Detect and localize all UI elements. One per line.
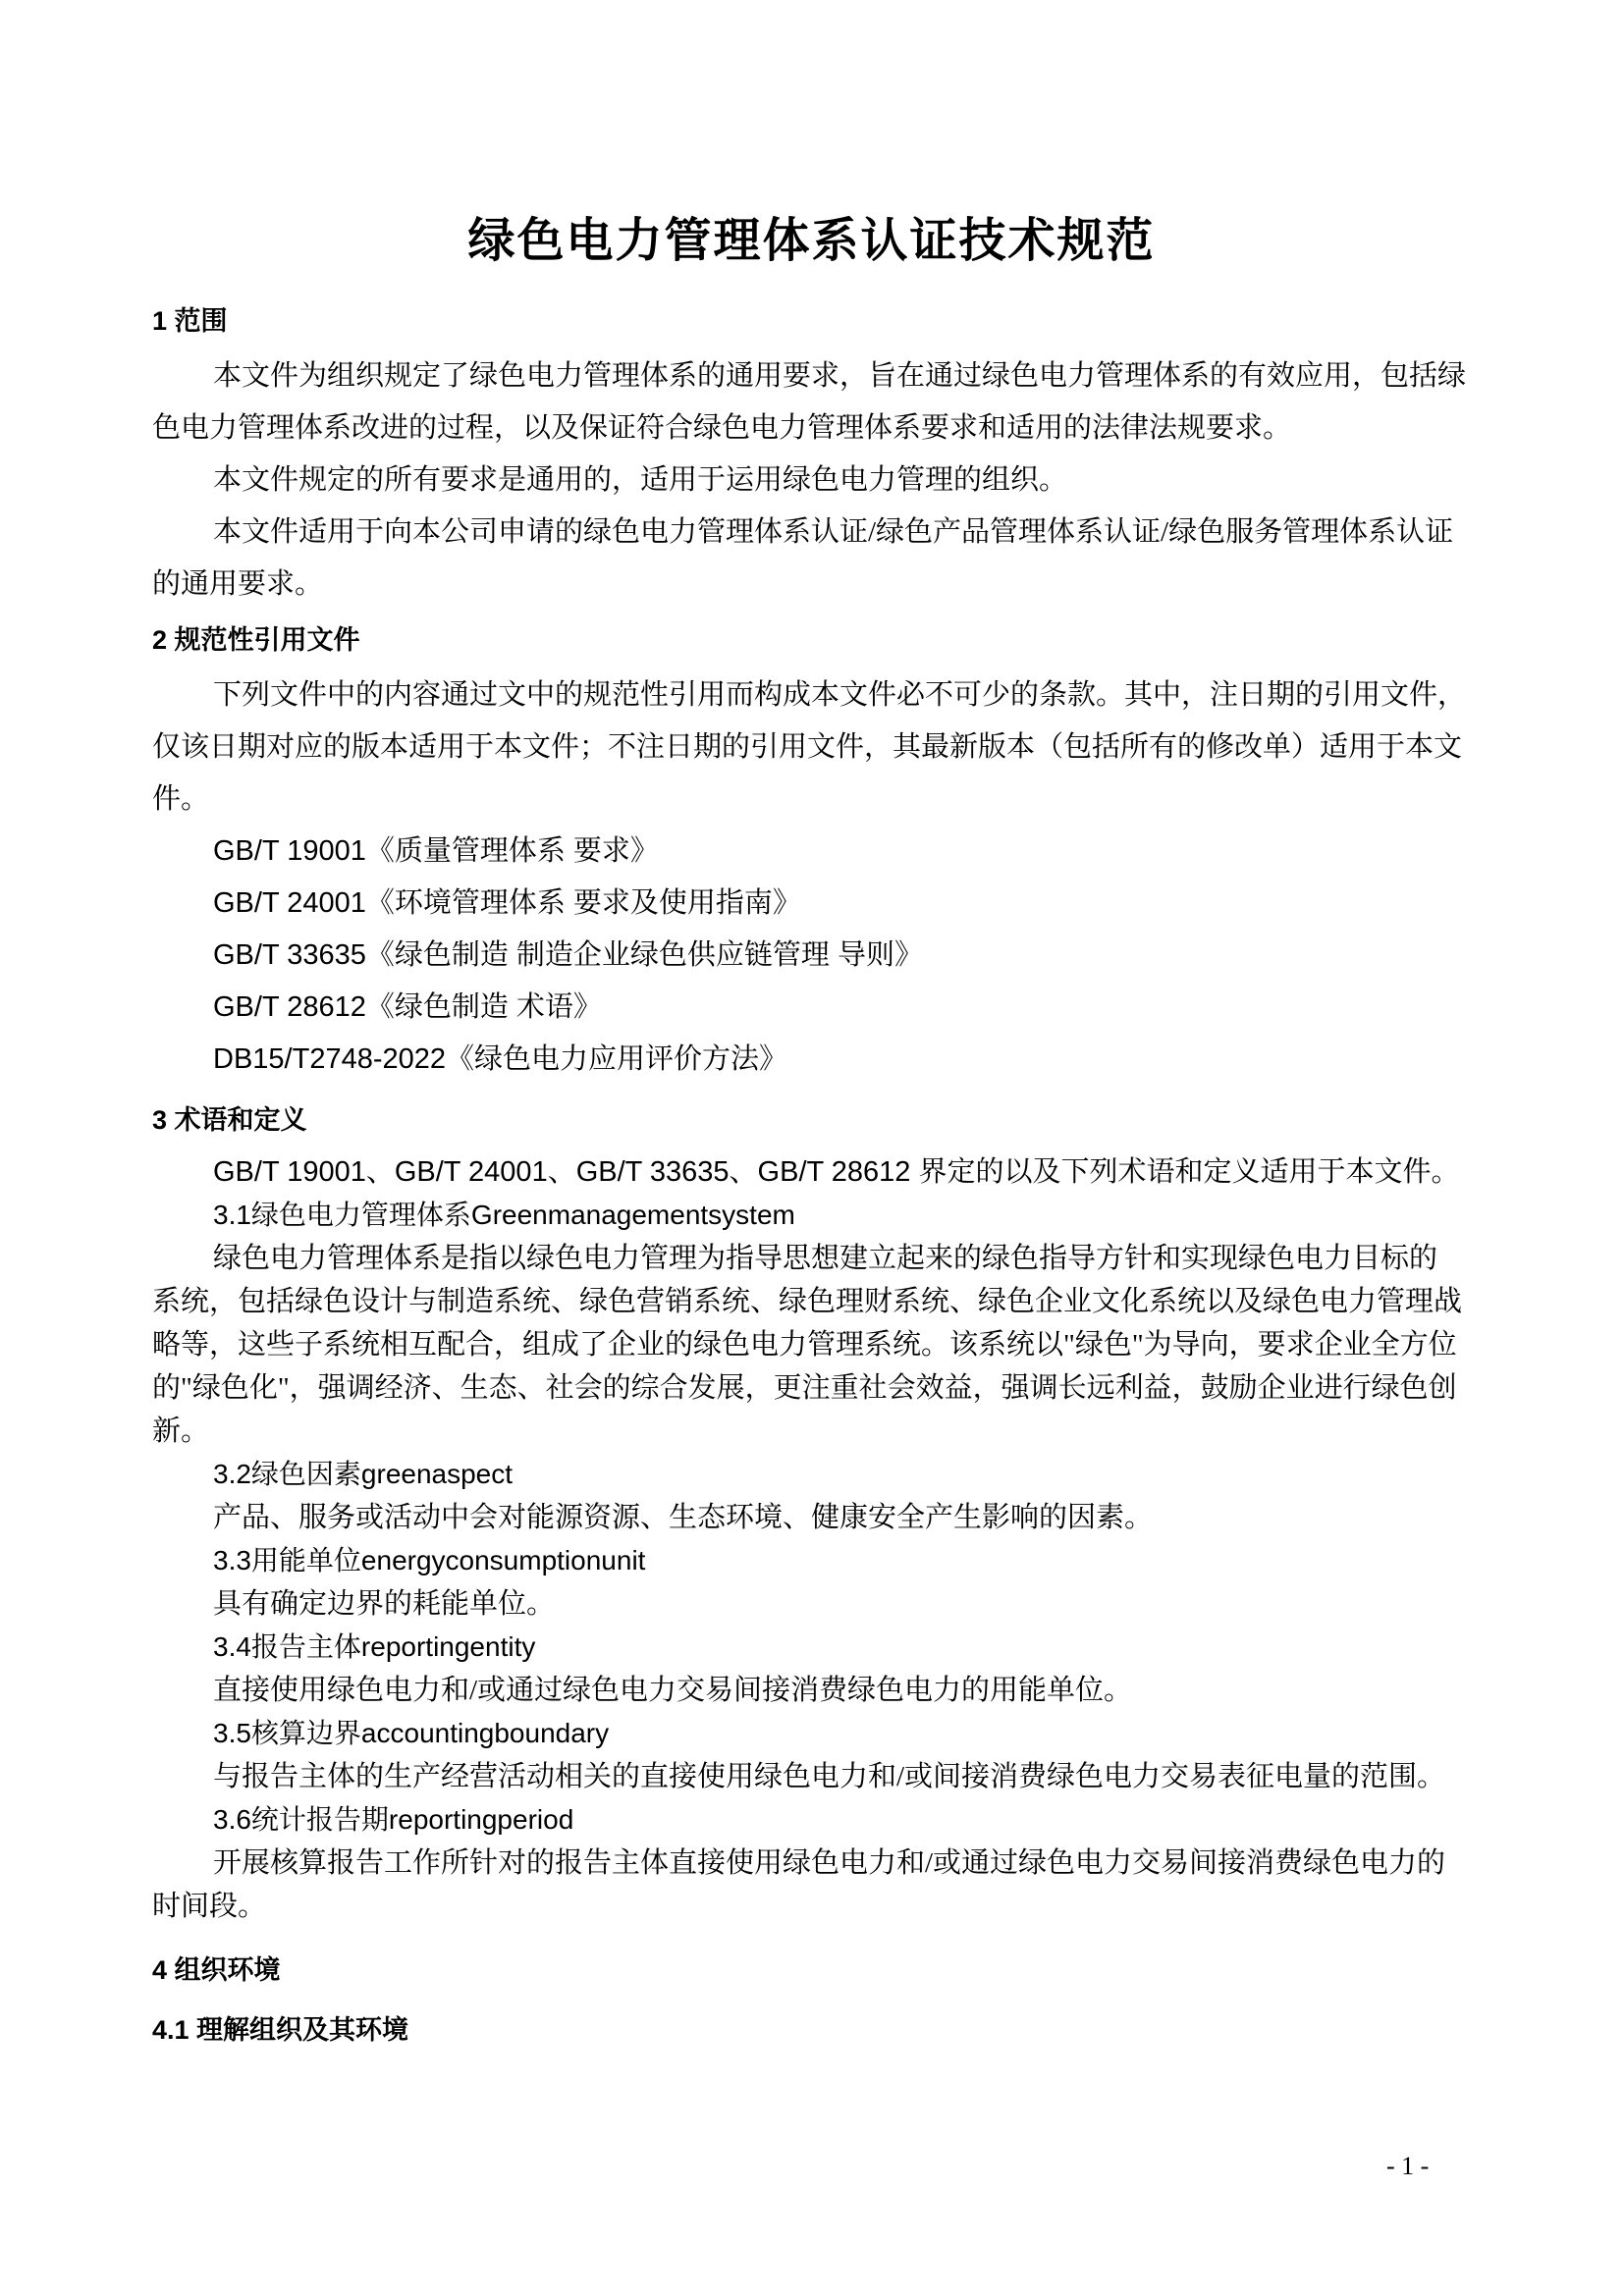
- term-heading-line: 3.5核算边界accountingboundary: [152, 1712, 1471, 1755]
- text-line: 直接使用绿色电力和/或通过绿色电力交易间接消费绿色电力的用能单位。: [152, 1669, 1471, 1712]
- text-line: 产品、服务或活动中会对能源资源、生态环境、健康安全产生影响的因素。: [152, 1496, 1471, 1539]
- text-line: 具有确定边界的耗能单位。: [152, 1582, 1471, 1626]
- text-line: 色电力管理体系改进的过程，以及保证符合绿色电力管理体系要求和适用的法律法规要求。: [152, 402, 1471, 454]
- reference-standard-line: DB15/T2748-2022《绿色电力应用评价方法》: [152, 1034, 1471, 1086]
- text-line: 开展核算报告工作所针对的报告主体直接使用绿色电力和/或通过绿色电力交易间接消费绿…: [152, 1842, 1471, 1885]
- heading-org-context: 4 组织环境: [152, 1944, 1471, 1997]
- page-number: - 1 -: [1386, 2152, 1429, 2181]
- reference-standard-line: GB/T 24001《环境管理体系 要求及使用指南》: [152, 878, 1471, 930]
- reference-standard-line: GB/T 19001《质量管理体系 要求》: [152, 826, 1471, 878]
- text-line: 的通用要求。: [152, 559, 1471, 611]
- reference-standard-line: GB/T 28612《绿色制造 术语》: [152, 982, 1471, 1034]
- text-line: 略等，这些子系统相互配合，组成了企业的绿色电力管理系统。该系统以"绿色"为导向，…: [152, 1323, 1471, 1366]
- term-heading-line: 3.3用能单位energyconsumptionunit: [152, 1539, 1471, 1582]
- heading-scope: 1 范围: [152, 294, 1471, 347]
- text-line: GB/T 19001、GB/T 24001、GB/T 33635、GB/T 28…: [152, 1150, 1471, 1194]
- reference-standard-line: GB/T 33635《绿色制造 制造企业绿色供应链管理 导则》: [152, 930, 1471, 982]
- term-heading-line: 3.2绿色因素greenaspect: [152, 1453, 1471, 1496]
- text-line: 的"绿色化"，强调经济、生态、社会的综合发展，更注重社会效益，强调长远利益，鼓励…: [152, 1366, 1471, 1410]
- text-line: 下列文件中的内容通过文中的规范性引用而构成本文件必不可少的条款。其中，注日期的引…: [152, 669, 1471, 721]
- text-line: 绿色电力管理体系是指以绿色电力管理为指导思想建立起来的绿色指导方针和实现绿色电力…: [152, 1237, 1471, 1280]
- term-heading-line: 3.1绿色电力管理体系Greenmanagementsystem: [152, 1194, 1471, 1237]
- text-line: 本文件规定的所有要求是通用的，适用于运用绿色电力管理的组织。: [152, 454, 1471, 507]
- text-line: 与报告主体的生产经营活动相关的直接使用绿色电力和/或间接消费绿色电力交易表征电量…: [152, 1755, 1471, 1798]
- heading-understanding-org: 4.1 理解组织及其环境: [152, 2003, 1471, 2056]
- document-content: 绿色电力管理体系认证技术规范 1 范围 本文件为组织规定了绿色电力管理体系的通用…: [0, 0, 1624, 2056]
- term-heading-line: 3.4报告主体reportingentity: [152, 1626, 1471, 1669]
- heading-normative-references: 2 规范性引用文件: [152, 614, 1471, 667]
- document-title: 绿色电力管理体系认证技术规范: [152, 212, 1471, 271]
- heading-terms-definitions: 3 术语和定义: [152, 1094, 1471, 1147]
- document-page: 绿色电力管理体系认证技术规范 1 范围 本文件为组织规定了绿色电力管理体系的通用…: [0, 0, 1624, 2296]
- text-line: 系统，包括绿色设计与制造系统、绿色营销系统、绿色理财系统、绿色企业文化系统以及绿…: [152, 1280, 1471, 1323]
- text-line: 件。: [152, 774, 1471, 826]
- text-line: 本文件为组织规定了绿色电力管理体系的通用要求，旨在通过绿色电力管理体系的有效应用…: [152, 350, 1471, 402]
- term-heading-line: 3.6统计报告期reportingperiod: [152, 1798, 1471, 1842]
- text-line: 仅该日期对应的版本适用于本文件；不注日期的引用文件，其最新版本（包括所有的修改单…: [152, 721, 1471, 774]
- text-line: 时间段。: [152, 1885, 1471, 1928]
- text-line: 新。: [152, 1410, 1471, 1453]
- text-line: 本文件适用于向本公司申请的绿色电力管理体系认证/绿色产品管理体系认证/绿色服务管…: [152, 507, 1471, 559]
